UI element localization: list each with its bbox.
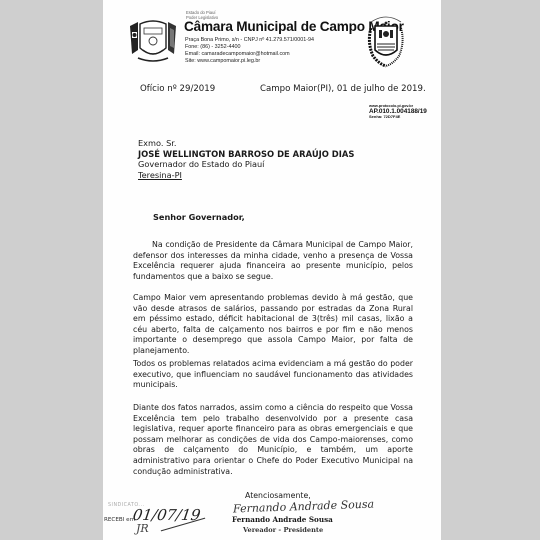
- protocol-stamp: www.protocolo.pi.gov.br AP.010.1.004188/…: [369, 104, 427, 119]
- recipient-position: Governador do Estado do Piauí: [138, 159, 354, 170]
- receipt-initials: JR: [136, 522, 149, 535]
- recipient-block: Exmo. Sr. JOSÉ WELLINGTON BARROSO DE ARA…: [138, 138, 354, 180]
- recipient-name: JOSÉ WELLINGTON BARROSO DE ARAÚJO DIAS: [138, 149, 354, 160]
- header-email: Email: camaradecampomaior@hotmail.com: [185, 51, 290, 57]
- recipient-city: Teresina-PI: [138, 170, 354, 181]
- header-site: Site: www.campomaior.pi.leg.br: [185, 58, 260, 64]
- header-address: Praça Bona Primo, s/n - CNPJ nº 41.279.5…: [185, 37, 314, 43]
- oficio-number: Ofício nº 29/2019: [140, 84, 215, 94]
- signer-name: Fernando Andrade Sousa: [232, 515, 333, 524]
- protocol-password: Senha: 72D7F4E: [369, 115, 427, 119]
- paragraph-problems: Campo Maior vem apresentando problemas d…: [133, 293, 413, 357]
- receipt-label: RECEBI em: [104, 517, 135, 523]
- header-phone: Fone: (86) - 3252-4400: [185, 44, 240, 50]
- greeting: Senhor Governador,: [153, 212, 245, 222]
- state-coat-of-arms-icon: [365, 12, 407, 70]
- signer-role: Vereador - Presidente: [243, 526, 323, 534]
- municipal-coat-of-arms-icon: [128, 14, 178, 66]
- place-date: Campo Maior(PI), 01 de julho de 2019.: [260, 84, 426, 94]
- closing: Atenciosamente,: [245, 491, 311, 500]
- paragraph-intro: Na condição de Presidente da Câmara Muni…: [133, 240, 413, 282]
- recipient-salutation: Exmo. Sr.: [138, 138, 354, 149]
- paragraph-evidence: Todos os problemas relatados acima evide…: [133, 359, 413, 391]
- paragraph-request: Diante dos fatos narrados, assim como a …: [133, 403, 413, 477]
